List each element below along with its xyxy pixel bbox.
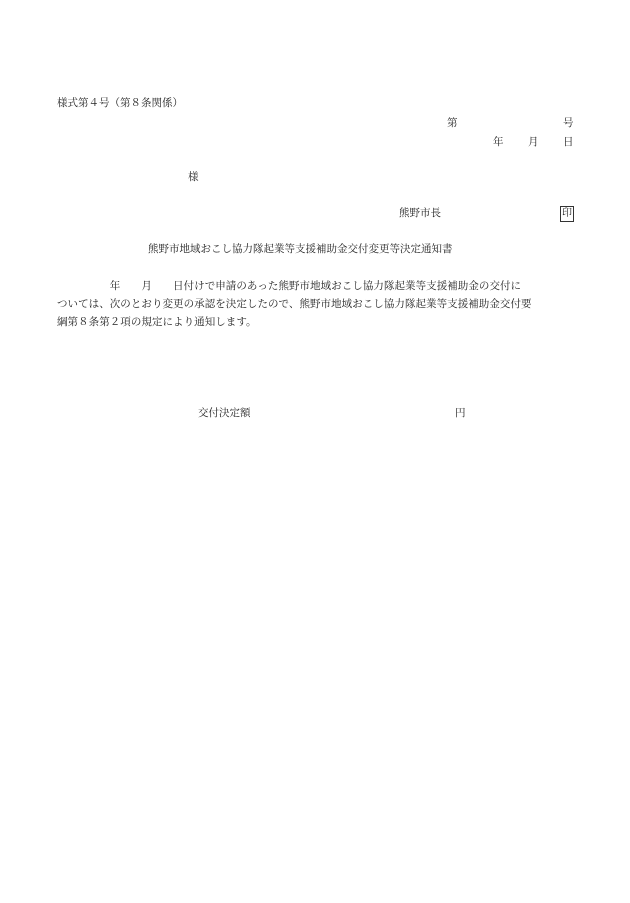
body-line-2: ついては、次のとおり変更の承認を決定したので、熊野市地域おこし協力隊起業等支援補…	[57, 295, 577, 313]
body-line-1: 年 月 日付けで申請のあった熊野市地域おこし協力隊起業等支援補助金の交付に	[57, 277, 577, 295]
grant-amount-label: 交付決定額	[198, 406, 251, 420]
date-day: 日	[563, 135, 574, 149]
doc-number-suffix: 号	[563, 116, 574, 130]
issuer-name: 熊野市長	[399, 206, 441, 220]
body-line-3: 綱第８条第２項の規定により通知します。	[57, 313, 577, 331]
date-year: 年	[493, 135, 504, 149]
document-title: 熊野市地域おこし協力隊起業等支援補助金交付変更等決定通知書	[148, 242, 453, 256]
addressee-suffix: 様	[188, 170, 199, 184]
body-paragraph: 年 月 日付けで申請のあった熊野市地域おこし協力隊起業等支援補助金の交付に つい…	[57, 277, 577, 331]
grant-amount-unit: 円	[455, 406, 466, 420]
doc-number-prefix: 第	[447, 116, 458, 130]
form-number: 様式第４号（第８条関係）	[57, 96, 183, 110]
date-month: 月	[528, 135, 539, 149]
seal-mark: 印	[560, 206, 574, 222]
